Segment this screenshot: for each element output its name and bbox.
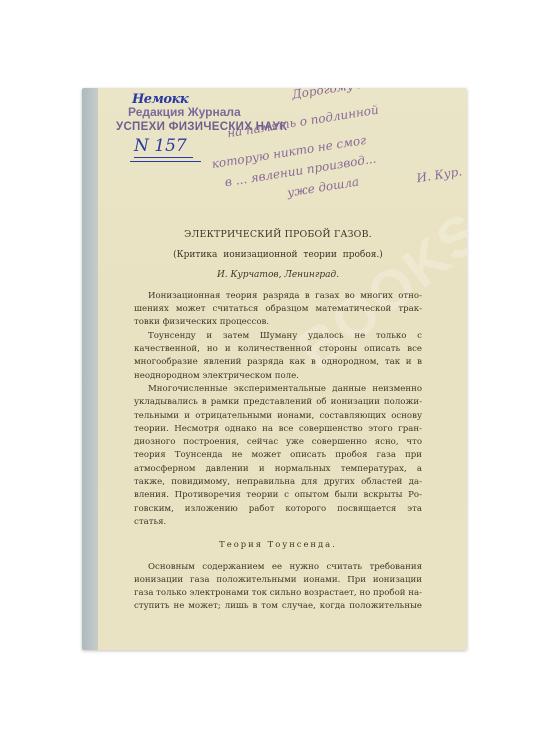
handwritten-inscription: Дорогому Кове на память о подлинной кото… — [202, 88, 467, 221]
text-line: ступить не может; лишь в том случае, ког… — [134, 600, 422, 613]
text-line: качественной, но и количественной сторон… — [134, 343, 422, 356]
text-line: ионизации газа положительными ионами. Пр… — [134, 574, 422, 587]
article-subtitle: (Критика ионизационной теории пробоя.) — [134, 249, 422, 262]
paragraph-1: Ионизационная теория разряда в газах во … — [134, 290, 422, 330]
article-title: ЭЛЕКТРИЧЕСКИЙ ПРОБОЙ ГАЗОВ. — [134, 228, 422, 241]
text-line: тельными и отрицательными ионами, состав… — [134, 410, 422, 423]
text-line: Тоунсенду и затем Шуману удалось не толь… — [134, 330, 422, 343]
text-line: неоднородном электрическом поле. — [134, 370, 422, 383]
text-line: вления. Противоречия теории с опытом был… — [134, 489, 422, 502]
text-line: Основным содержанием ее нужно считать тр… — [134, 561, 422, 574]
text-line: говским, изложению работ которого посвящ… — [134, 503, 422, 516]
inscription-line: Дорогому Кове — [291, 88, 389, 102]
section-heading: Теория Тоунсенда. — [134, 538, 422, 551]
text-line: шениях может считаться образцом математи… — [134, 303, 422, 316]
text-line: Ионизационная теория разряда в газах во … — [134, 290, 422, 303]
text-line: газа только электронами ток сильно возра… — [134, 587, 422, 600]
text-line: многообразие явлений разряда как в однор… — [134, 356, 422, 369]
text-line: также, повидимому, неправильна для други… — [134, 476, 422, 489]
text-line: атмосферном давлении и нормальных темпер… — [134, 463, 422, 476]
text-line: теория Тоунсенда не может описать пробоя… — [134, 449, 422, 462]
text-line: диозного построения, сейчас уже совершен… — [134, 436, 422, 449]
inscription-line: ужe дошла — [286, 175, 360, 200]
document-page: BOOKS Немокк Редакция Журнала УСПЕХИ ФИЗ… — [82, 88, 467, 650]
text-line: укладывались в рамки представлений об ио… — [134, 396, 422, 409]
paragraph-3: Многочисленные экспериментальные данные … — [134, 383, 422, 529]
signature: И. Кур. — [415, 164, 462, 185]
stamp-number: N 157 — [134, 136, 193, 158]
text-line: теории. Несмотря однако на все совершенс… — [134, 423, 422, 436]
paragraph-2: Тоунсенду и затем Шуману удалось не толь… — [134, 330, 422, 383]
section-paragraph: Основным содержанием ее нужно считать тр… — [134, 561, 422, 614]
text-line: статья. — [134, 516, 422, 529]
article: ЭЛЕКТРИЧЕСКИЙ ПРОБОЙ ГАЗОВ. (Критика ион… — [134, 228, 422, 614]
article-author: И. Курчатов, Ленинград. — [134, 269, 422, 282]
binding-strip — [82, 88, 98, 650]
text-line: Многочисленные экспериментальные данные … — [134, 383, 422, 396]
text-line: товки физических процессов. — [134, 316, 422, 329]
